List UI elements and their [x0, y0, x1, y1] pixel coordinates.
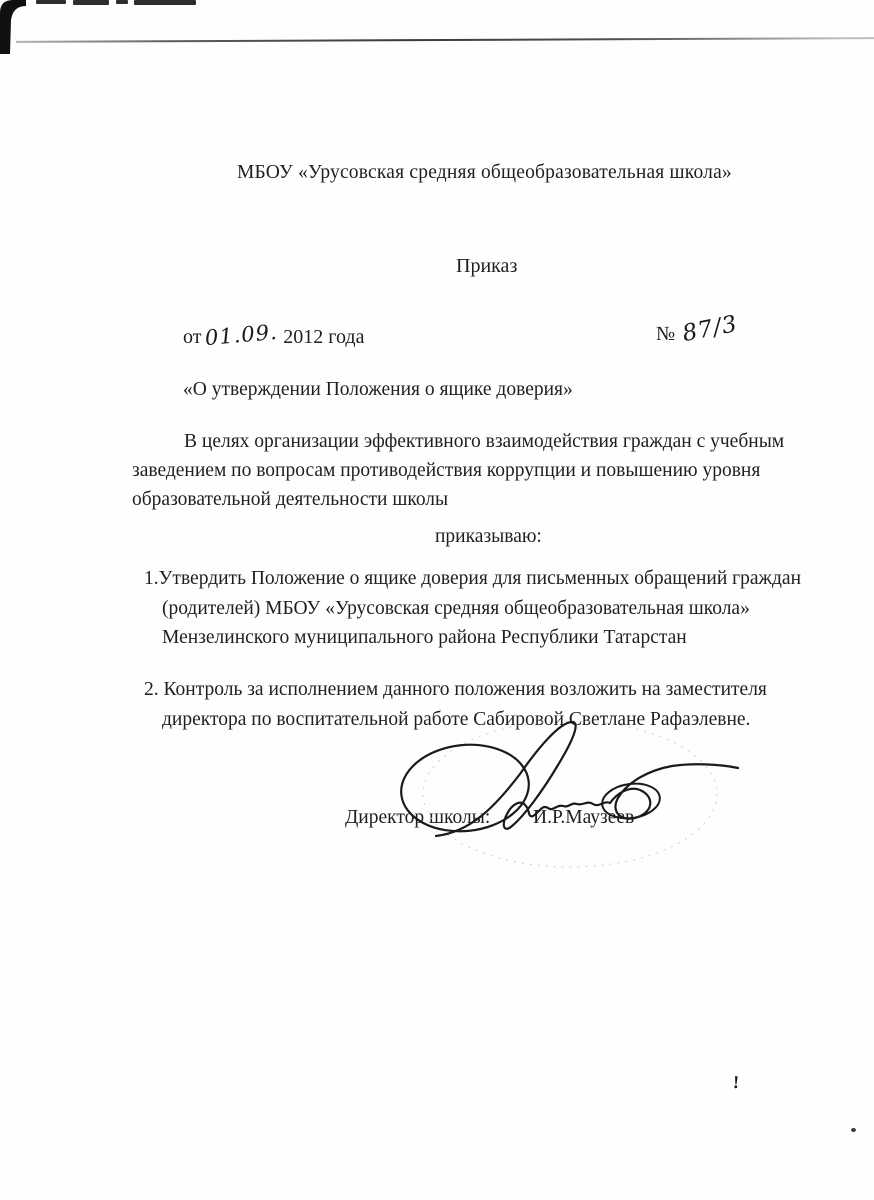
scan-line-artifact	[16, 37, 874, 43]
item-text: Контроль за исполнением данного положени…	[162, 679, 767, 730]
date-line: от01.09.2012 года	[183, 324, 364, 349]
scan-edge-dash	[134, 0, 196, 5]
document-title: Приказ	[456, 255, 517, 278]
order-subject: «О утверждении Положения о ящике доверия…	[183, 379, 573, 401]
ink-speck	[851, 1128, 856, 1132]
signature-role-label: Директор школы:	[345, 807, 490, 829]
handwritten-date: 01.09.	[204, 320, 279, 350]
signature-name: И.Р.Маузеев	[533, 807, 634, 829]
scan-corner-mark	[0, 0, 30, 54]
scanned-order-document: МБОУ «Урусовская средняя общеобразовател…	[0, 0, 874, 1200]
order-word: приказываю:	[435, 526, 542, 548]
date-prefix: от	[183, 326, 201, 348]
date-year: 2012 года	[283, 326, 364, 348]
organization-name: МБОУ «Урусовская средняя общеобразовател…	[237, 162, 732, 184]
scan-edge-dash	[36, 0, 66, 4]
stray-exclamation-mark: !	[732, 1072, 739, 1093]
preamble-paragraph: В целях организации эффективного взаимод…	[132, 427, 787, 514]
order-number-line: №87/3	[656, 320, 739, 346]
scan-edge-dash	[116, 0, 128, 4]
item-text: Утвердить Положение о ящике доверия для …	[159, 568, 801, 648]
scan-edge-dash	[73, 0, 109, 5]
handwritten-order-number: 87/3	[680, 311, 740, 347]
number-sign: №	[656, 323, 675, 345]
item-marker: 2.	[144, 679, 164, 700]
order-item-2: 2. Контроль за исполнением данного полож…	[144, 675, 842, 734]
order-item-1: 1.Утвердить Положение о ящике доверия дл…	[144, 564, 838, 653]
item-marker: 1.	[144, 568, 159, 589]
faint-stamp-outline	[423, 721, 717, 867]
